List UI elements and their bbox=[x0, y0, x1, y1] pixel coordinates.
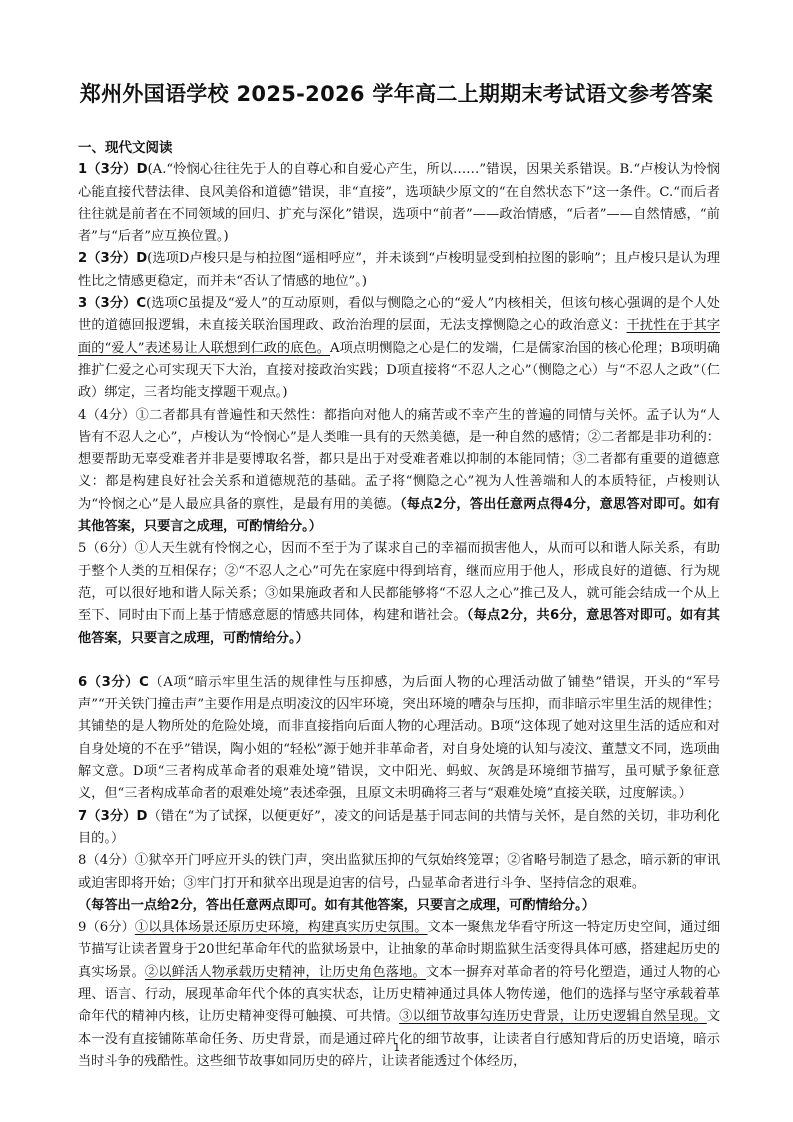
q9-head: 9（6分） bbox=[78, 920, 135, 935]
q2-body: (选项D卢梭只是与柏拉图“遥相呼应”，并未谈到“卢梭明显受到柏拉图的影响”；且卢… bbox=[78, 251, 720, 288]
answer-q7: 7（3分）D（错在“为了试探，以便更好”，凌文的问话是基于同志间的共情与关怀，是… bbox=[78, 806, 720, 851]
section-heading: 一、现代文阅读 bbox=[78, 137, 720, 159]
q9-point3: ③以细节故事勾连历史背景，让历史逻辑自然呈现。 bbox=[399, 1009, 707, 1024]
q4-head: 4（4分） bbox=[78, 408, 136, 423]
q6-body: （A项“暗示牢里生活的规律性与压抑感，为后面人物的心理活动做了铺垫”错误，开头的… bbox=[78, 675, 720, 801]
q6-head: 6（3分）C bbox=[78, 675, 149, 690]
answer-q6: 6（3分）C（A项“暗示牢里生活的规律性与压抑感，为后面人物的心理活动做了铺垫”… bbox=[78, 672, 720, 806]
answer-q2: 2（3分）D(选项D卢梭只是与柏拉图“遥相呼应”，并未谈到“卢梭明显受到柏拉图的… bbox=[78, 248, 720, 293]
answer-content: 一、现代文阅读 1（3分）D(A.“怜悯心往往先于人的自尊心和自爱心产生，所以…… bbox=[78, 137, 720, 1073]
answer-q4: 4（4分）①二者都具有普遍性和天然性：都指向对他人的痛苦或不幸产生的普遍的同情与… bbox=[78, 405, 720, 539]
q8-body: ①狱卒开门呼应开头的铁门声，突出监狱压抑的气氛始终笼罩；②省略号制造了悬念，暗示… bbox=[78, 853, 720, 890]
answer-q8: 8（4分）①狱卒开门呼应开头的铁门声，突出监狱压抑的气氛始终笼罩；②省略号制造了… bbox=[78, 850, 720, 917]
q1-head: 1（3分）D bbox=[78, 162, 148, 177]
q1-body: (A.“怜悯心往往先于人的自尊心和自爱心产生，所以……”错误，因果关系错误。B.… bbox=[78, 162, 720, 244]
answer-q5: 5（6分）①人天生就有怜悯之心，因而不至于为了谋求自己的幸福而损害他人，从而可以… bbox=[78, 538, 720, 649]
q3-body-a: (选项C虽提及“爱人”的互动原则，看似与恻隐之心的“爱人”内核相关，但该句核心强… bbox=[78, 296, 720, 333]
document-title: 郑州外国语学校 2025-2026 学年高二上期期末考试语文参考答案 bbox=[0, 78, 793, 108]
q8-head: 8（4分） bbox=[78, 853, 135, 868]
answer-q3: 3（3分）C(选项C虽提及“爱人”的互动原则，看似与恻隐之心的“爱人”内核相关，… bbox=[78, 293, 720, 404]
q7-head: 7（3分）D bbox=[78, 809, 147, 824]
q9-point1: ①以具体场景还原历史环境，构建真实历史氛围。 bbox=[135, 920, 428, 935]
q9-point2: ②以鲜活人物承载历史精神，让历史角色落地。 bbox=[145, 965, 426, 980]
q3-head: 3（3分）C bbox=[78, 296, 146, 311]
q5-head: 5（6分） bbox=[78, 541, 135, 556]
page-number: 1 bbox=[0, 1041, 793, 1054]
answer-q1: 1（3分）D(A.“怜悯心往往先于人的自尊心和自爱心产生，所以……”错误，因果关… bbox=[78, 159, 720, 248]
q7-body: （错在“为了试探，以便更好”，凌文的问话是基于同志间的共情与关怀，是自然的关切，… bbox=[78, 809, 720, 846]
q2-head: 2（3分）D bbox=[78, 251, 147, 266]
q8-scoring-note: （每答出一点给2分，答出任意两点即可。如有其他答案，只要言之成理，可酌情给分。） bbox=[78, 898, 595, 913]
